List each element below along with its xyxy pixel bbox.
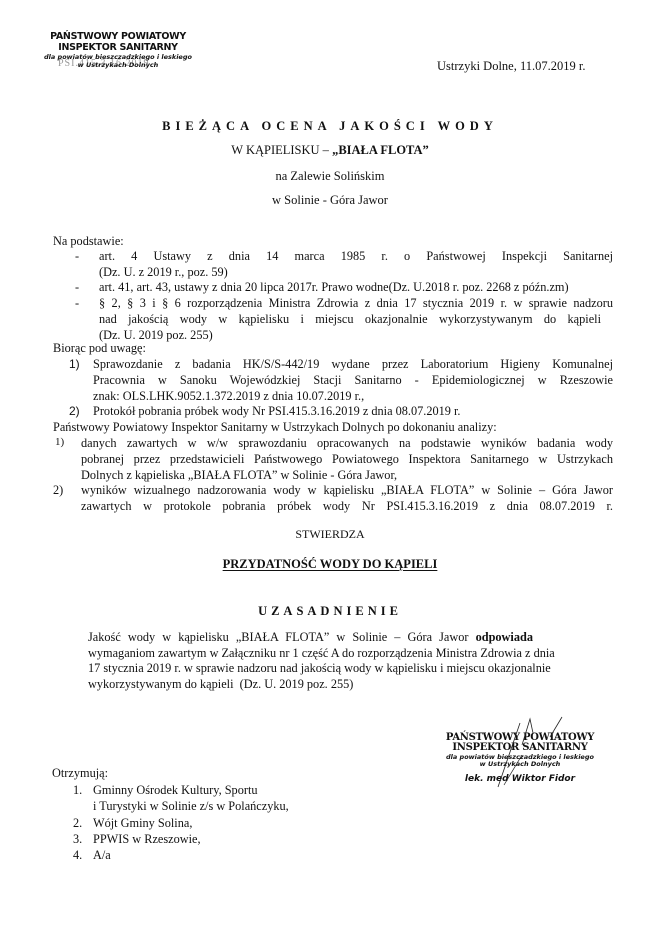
justification-body: Jakość wody w kąpielisku „BIAŁA FLOTA” w… [88, 630, 533, 692]
document-title: BIEŻĄCA OCENA JAKOŚCI WODY [0, 119, 660, 134]
dash-marker: - [75, 249, 79, 264]
analysis-item-2: 2) wyników wizualnego nadzorowania wody … [53, 483, 613, 514]
considering-item-text: Protokół pobrania próbek wody Nr PSI.415… [93, 404, 613, 419]
analysis-item-1: 1) danych zawartych w w/w sprawozdaniu o… [53, 436, 613, 483]
considering-label: Biorąc pod uwagę: [53, 341, 146, 356]
bathing-site-line: W KĄPIELISKU – „BIAŁA FLOTA” [0, 143, 660, 158]
analysis-label: Państwowy Powiatowy Inspektor Sanitarny … [53, 420, 497, 435]
justification-line-1: Jakość wody w kąpielisku „BIAŁA FLOTA” w… [88, 630, 533, 646]
basis-item-text: (Dz. U. z 2019 r., poz. 59) [99, 265, 613, 280]
basis-item-text: (Dz. U. 2019 poz. 255) [99, 328, 613, 343]
number-marker: 2) [69, 404, 80, 418]
place-date: Ustrzyki Dolne, 11.07.2019 r. [437, 59, 585, 74]
dash-marker: - [75, 296, 79, 311]
recipient-text: A/a [93, 847, 372, 863]
recipients-list: 1. Gminny Ośrodek Kultury, Sportu i Tury… [52, 782, 372, 863]
justification-verdict-word: odpowiada [476, 630, 533, 644]
recipient-text: Wójt Gminy Solina, [93, 815, 372, 831]
basis-item-text: nad jakością wody w kąpielisku i miejscu… [99, 312, 601, 327]
considering-item-1: 1) Sprawozdanie z badania HK/S/S-442/19 … [53, 357, 613, 404]
reference-number-overlay: PSI.415.3.16.2019 [58, 58, 149, 69]
handwritten-signature [470, 715, 580, 790]
stamp-line-1: PAŃSTWOWY POWIATOWY [38, 32, 198, 42]
recipient-item: 1. Gminny Ośrodek Kultury, Sportu i Tury… [52, 782, 372, 815]
recipient-text: Gminny Ośrodek Kultury, Sportu [93, 782, 372, 798]
justification-line-4: wykorzystywanym do kąpieli (Dz. U. 2019 … [88, 677, 533, 693]
bathing-site-prefix: W KĄPIELISKU – [231, 143, 332, 157]
recipient-number: 1. [73, 782, 82, 798]
basis-item-2: - art. 41, art. 43, ustawy z dnia 20 lip… [53, 280, 613, 295]
justification-line-2: wymaganiom zawartym w Załączniku nr 1 cz… [88, 646, 533, 662]
recipients-label: Otrzymują: [52, 766, 108, 781]
recipient-number: 4. [73, 847, 82, 863]
dash-marker: - [75, 280, 79, 295]
analysis-item-text: pobranej przez przedstawicieli Państwowe… [81, 452, 613, 467]
analysis-item-text: danych zawartych w w/w sprawozdaniu opra… [81, 436, 613, 451]
stamp-line-2: INSPEKTOR SANITARNY [38, 43, 198, 53]
considering-item-text: znak: OLS.LHK.9052.1.372.2019 z dnia 10.… [93, 389, 613, 404]
number-marker: 1) [69, 357, 80, 371]
considering-item-2: 2) Protokół pobrania próbek wody Nr PSI.… [53, 404, 613, 419]
basis-label: Na podstawie: [53, 234, 124, 249]
basis-item-text: art. 4 Ustawy z dnia 14 marca 1985 r. o … [99, 249, 613, 264]
location-line: w Solinie - Góra Jawor [0, 193, 660, 208]
verdict-text: PRZYDATNOŚĆ WODY DO KĄPIELI [223, 557, 438, 571]
recipient-text: PPWIS w Rzeszowie, [93, 831, 372, 847]
recipient-number: 2. [73, 815, 82, 831]
recipient-number: 3. [73, 831, 82, 847]
number-marker: 2) [53, 483, 63, 498]
bathing-site-name: „BIAŁA FLOTA” [332, 143, 429, 157]
states-label: STWIERDZA [0, 527, 660, 542]
basis-item-1: - art. 4 Ustawy z dnia 14 marca 1985 r. … [53, 249, 613, 280]
analysis-item-text: zawartych w protokole pobrania próbek wo… [81, 499, 613, 514]
recipient-item: 3. PPWIS w Rzeszowie, [52, 831, 372, 847]
justification-text: Jakość wody w kąpielisku „BIAŁA FLOTA” w… [88, 630, 476, 644]
considering-item-text: Sprawozdanie z badania HK/S/S-442/19 wyd… [93, 357, 613, 372]
verdict: PRZYDATNOŚĆ WODY DO KĄPIELI [0, 557, 660, 572]
recipient-item: 4. A/a [52, 847, 372, 863]
analysis-item-text: Dolnych z kąpieliska „BIAŁA FLOTA” w Sol… [81, 468, 613, 483]
analysis-item-text: wyników wizualnego nadzorowania wody w k… [81, 483, 613, 498]
justification-title: UZASADNIENIE [0, 604, 660, 619]
recipient-text: i Turystyki w Solinie z/s w Polańczyku, [93, 798, 372, 814]
basis-item-text: art. 41, art. 43, ustawy z dnia 20 lipca… [99, 280, 613, 295]
recipient-item: 2. Wójt Gminy Solina, [52, 815, 372, 831]
number-marker: 1) [55, 436, 64, 448]
basis-item-3: - § 2, § 3 i § 6 rozporządzenia Ministra… [53, 296, 613, 343]
basis-item-text: § 2, § 3 i § 6 rozporządzenia Ministra Z… [99, 296, 613, 311]
lake-line: na Zalewie Solińskim [0, 169, 660, 184]
justification-line-3: 17 stycznia 2019 r. w sprawie nadzoru na… [88, 661, 533, 677]
considering-item-text: Pracownia w Sanoku Wojewódzkiej Stacji S… [93, 373, 613, 388]
